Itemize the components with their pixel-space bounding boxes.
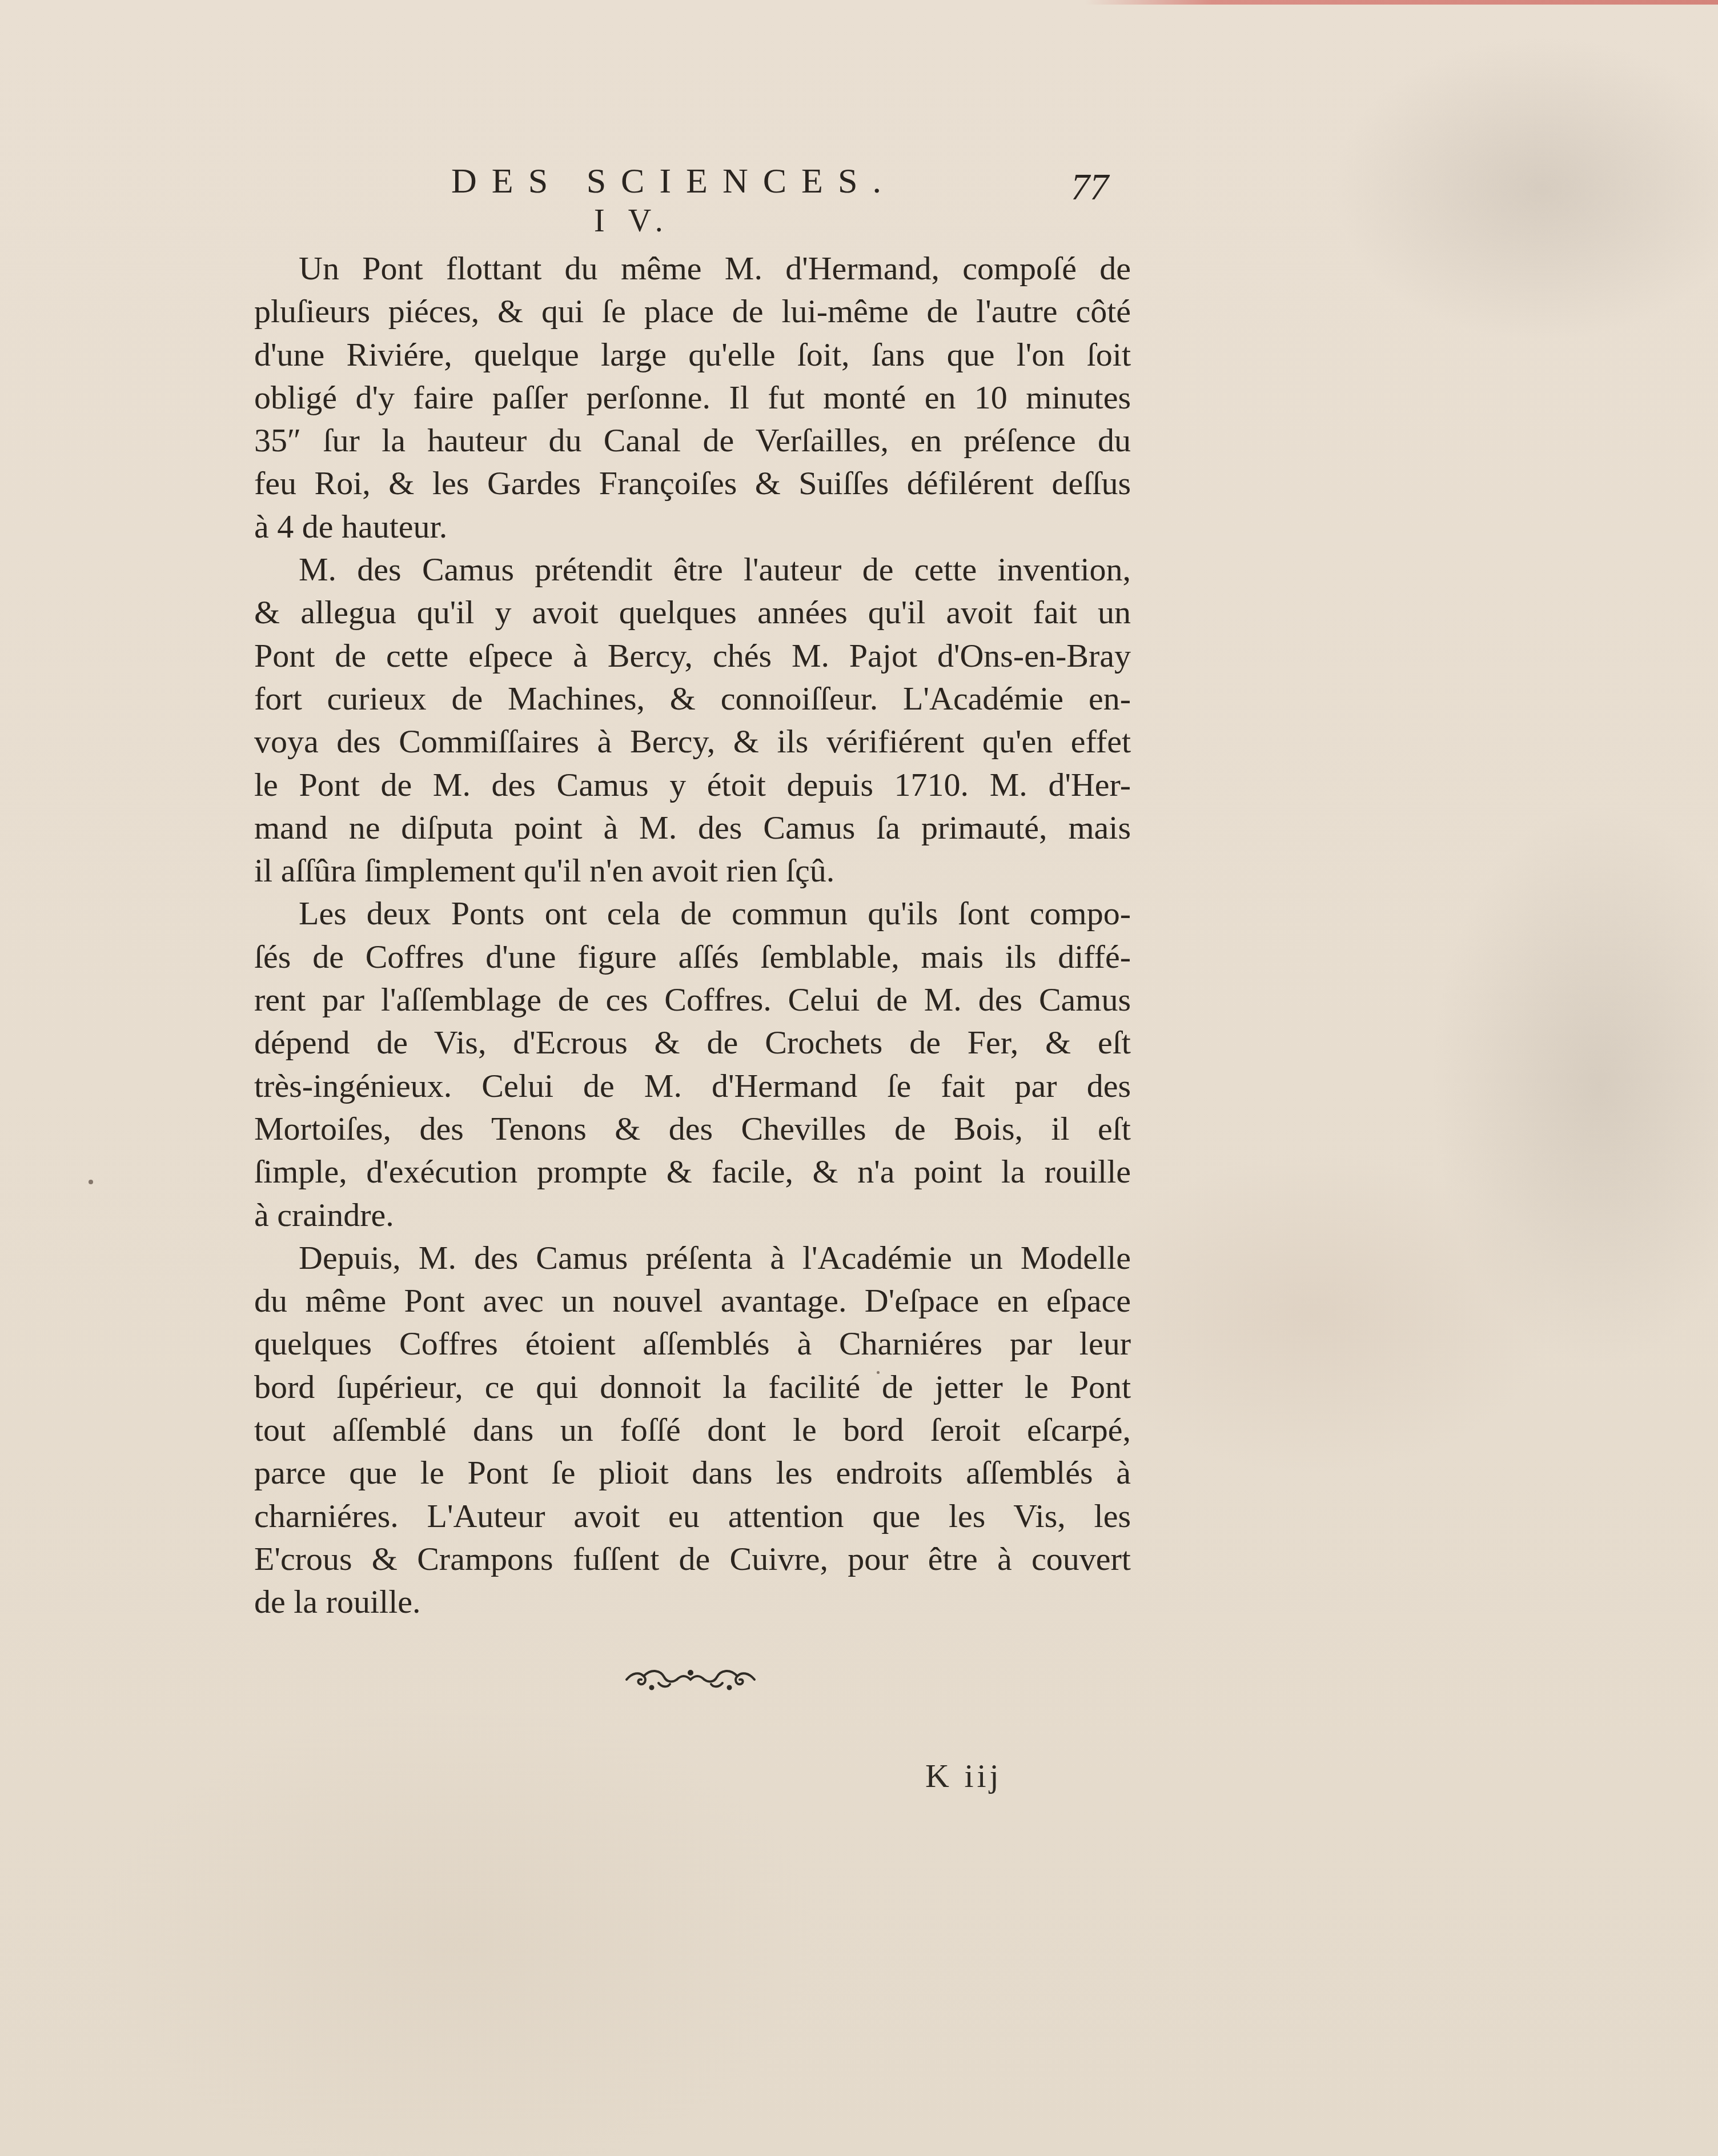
text-line: charniéres. L'Auteur avoit eu attention … bbox=[254, 1494, 1131, 1537]
text-line: du même Pont avec un nouvel avantage. D'… bbox=[254, 1279, 1131, 1322]
text-line: Mortoiſes, des Tenons & des Chevilles de… bbox=[254, 1107, 1131, 1150]
text-line: à 4 de hauteur. bbox=[254, 505, 1131, 548]
body-text: Un Pont flottant du même M. d'Hermand, c… bbox=[254, 247, 1131, 1624]
text-line: & allegua qu'il y avoit quelques années … bbox=[254, 591, 1131, 634]
text-line: mand ne diſputa point à M. des Camus ſa … bbox=[254, 806, 1131, 849]
fleuron-ornament-icon bbox=[624, 1662, 757, 1694]
text-line: voya des Commiſſaires à Bercy, & ils vér… bbox=[254, 720, 1131, 763]
text-line: de la rouille. bbox=[254, 1580, 1131, 1623]
text-line: tout aſſemblé dans un foſſé dont le bord… bbox=[254, 1408, 1131, 1451]
text-line: à craindre. bbox=[254, 1193, 1131, 1236]
running-head: DES SCIENCES. 77 bbox=[451, 161, 1148, 207]
red-page-edge bbox=[1085, 0, 1718, 5]
text-line: ſés de Coffres d'une figure aſſés ſembla… bbox=[254, 935, 1131, 978]
book-page: DES SCIENCES. 77 I V. Un Pont flottant d… bbox=[0, 0, 1718, 2156]
signature-mark: K iij bbox=[925, 1757, 1002, 1795]
text-line: rent par l'aſſemblage de ces Coffres. Ce… bbox=[254, 978, 1131, 1021]
ink-speck bbox=[877, 1371, 880, 1374]
text-line: dépend de Vis, d'Ecrous & de Crochets de… bbox=[254, 1021, 1131, 1064]
text-line: fort curieux de Machines, & connoiſſeur.… bbox=[254, 677, 1131, 720]
page-number: 77 bbox=[1071, 166, 1109, 209]
text-line: d'une Riviére, quelque large qu'elle ſoi… bbox=[254, 333, 1131, 376]
text-line: M. des Camus prétendit être l'auteur de … bbox=[254, 548, 1131, 591]
text-line: obligé d'y faire paſſer perſonne. Il fut… bbox=[254, 376, 1131, 419]
text-line: ſimple, d'exécution prompte & facile, & … bbox=[254, 1150, 1131, 1193]
text-line: 35″ ſur la hauteur du Canal de Verſaille… bbox=[254, 419, 1131, 462]
text-line: très-ingénieux. Celui de M. d'Hermand ſe… bbox=[254, 1064, 1131, 1107]
text-line: E'crous & Crampons fuſſent de Cuivre, po… bbox=[254, 1537, 1131, 1580]
text-line: parce que le Pont ſe plioit dans les end… bbox=[254, 1451, 1131, 1494]
text-line: il aſſûra ſimplement qu'il n'en avoit ri… bbox=[254, 849, 1131, 892]
text-line: feu Roi, & les Gardes Françoiſes & Suiſſ… bbox=[254, 462, 1131, 504]
running-title: DES SCIENCES. bbox=[451, 161, 896, 202]
text-line: bord ſupérieur, ce qui donnoit la facili… bbox=[254, 1365, 1131, 1408]
text-line: Les deux Ponts ont cela de commun qu'ils… bbox=[254, 892, 1131, 935]
text-line: Un Pont flottant du même M. d'Hermand, c… bbox=[254, 247, 1131, 290]
text-line: Depuis, M. des Camus préſenta à l'Académ… bbox=[254, 1236, 1131, 1279]
text-line: le Pont de M. des Camus y étoit depuis 1… bbox=[254, 763, 1131, 806]
text-line: pluſieurs piéces, & qui ſe place de lui-… bbox=[254, 290, 1131, 332]
text-line: quelques Coffres étoient aſſemblés à Cha… bbox=[254, 1322, 1131, 1365]
section-number: I V. bbox=[594, 203, 708, 239]
text-line: Pont de cette eſpece à Bercy, chés M. Pa… bbox=[254, 634, 1131, 677]
ink-speck bbox=[89, 1180, 93, 1184]
